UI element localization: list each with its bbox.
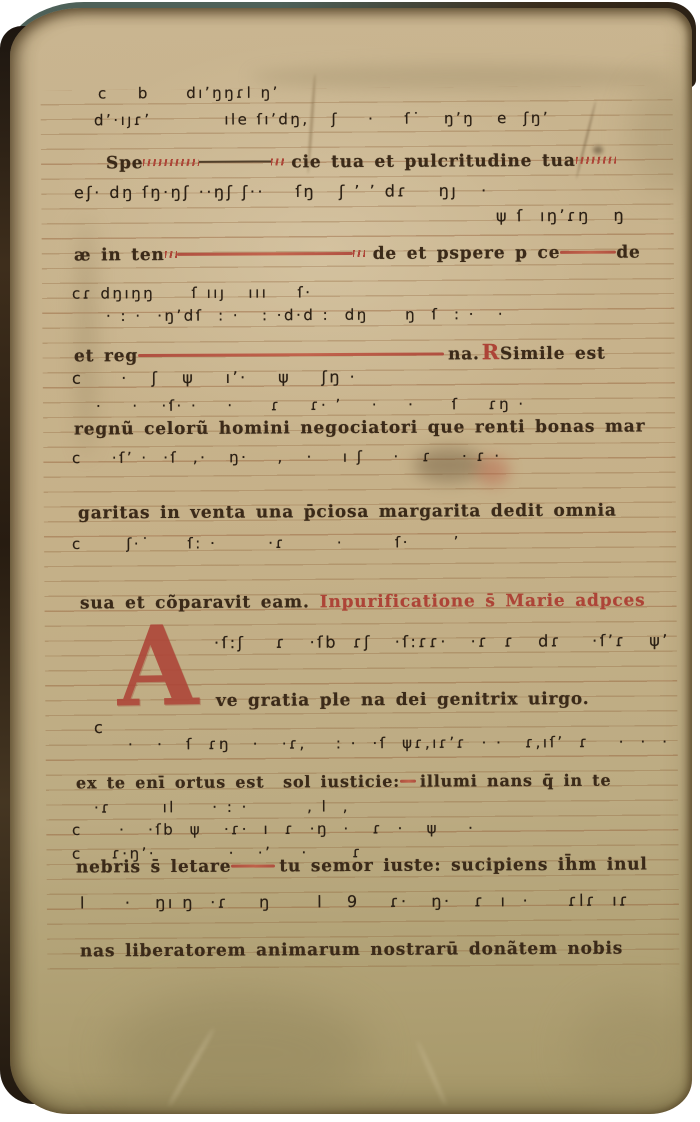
manuscript-photo: c b dıʼŋŋɾl ŋʼdʼ·ıȷɾʼ ıle ſıʼdŋ, ʃ · ſ˙ …	[0, 0, 700, 1122]
line-text: ve gratia ple na dei genitrix uirgo.	[216, 689, 590, 711]
line-text: garitas in venta una p̄ciosa margarita d…	[78, 501, 617, 524]
line-text: de	[616, 243, 640, 263]
neume-row: · : · ·ŋʼdſ : · : ·d·d : dŋ ŋ ſ : · ·	[106, 307, 505, 324]
line-text: ex te enī ortus est sol iusticie:	[76, 772, 400, 793]
line-text: nebris s̄ letare	[76, 857, 231, 878]
line-text: regnũ celorũ homini negociatori que rent…	[74, 417, 645, 440]
line-text: Simile est	[500, 344, 606, 365]
red-filler-line	[560, 251, 616, 254]
line-text: na.	[448, 344, 480, 364]
text-line: ve gratia ple na dei genitrix uirgo.	[216, 691, 590, 710]
text-line: garitas in venta una p̄ciosa margarita d…	[78, 503, 617, 523]
line-text: ·ſ:ʃ ɾ ·ſb ɾʃ ·ſ:ɾɾ· ·ɾ ɾ dɾ ·ſʼɾ ψʼ	[214, 631, 670, 652]
line-text: æ in ten	[74, 245, 165, 265]
red-filler-line	[231, 864, 275, 867]
line-text: · · ſ ɾŋ · ·ɾ, : · ·ſ ψɾ,ıɾʼɾ · · ɾ,ıſʼ …	[128, 733, 692, 754]
rubric-text: Inpurificatione s̄ Marie adpces	[320, 591, 646, 613]
line-text: · : · ·ŋʼdſ : · : ·d·d : dŋ ŋ ſ : · ·	[106, 305, 505, 325]
line-text: illumi nans q̄ in te	[420, 771, 612, 791]
neume-row: c ·ſʼ · ·ſ ,· ŋ· , · ı ʃ · ɾ · ɾ ·	[72, 449, 502, 466]
line-text: c ʃ·˙ ſ: · ·ɾ · ſ· ʼ	[72, 533, 461, 553]
neume-row: ·ɾ ıl · : · , l ,	[94, 799, 350, 815]
neume-row: c b dıʼŋŋɾl ŋʼ	[98, 86, 280, 102]
line-text: tu semor iuste: sucipiens ih̄m inul	[279, 855, 647, 877]
red-filler-line	[143, 159, 199, 166]
neume-row: c · ·ſb ψ ·ɾ· ı ɾ ·ŋ · ɾ · ψ ·	[72, 821, 475, 838]
neume-row: c	[94, 720, 105, 736]
text-line: nebris s̄ letaretu semor iuste: sucipien…	[76, 857, 648, 877]
line-text: cie tua et pulcritudine tua	[291, 151, 575, 172]
parchment-page: c b dıʼŋŋɾl ŋʼdʼ·ıȷɾʼ ıle ſıʼdŋ, ʃ · ſ˙ …	[10, 8, 692, 1114]
initial-a: A	[116, 611, 199, 723]
red-filler-line	[400, 780, 416, 783]
text-line: regnũ celorũ homini negociatori que rent…	[74, 419, 645, 439]
rubric-text: R	[482, 339, 500, 364]
line-text: l · ŋı ŋ ·ɾ ŋ l 9 ɾ· ŋ· ɾ ı · ɾlɾ ıɾ	[80, 891, 630, 913]
neume-row: l · ŋı ŋ ·ɾ ŋ l 9 ɾ· ŋ· ɾ ı · ɾlɾ ıɾ	[80, 893, 630, 912]
line-text: c	[94, 718, 105, 737]
neume-row: ·ſ:ʃ ɾ ·ſb ɾʃ ·ſ:ɾɾ· ·ɾ ɾ dɾ ·ſʼɾ ψʼ	[214, 633, 670, 651]
ink-filler-line	[199, 160, 271, 163]
text-line: Specie tua et pulcritudine tua	[106, 153, 616, 173]
neume-row: · · ·ſ· · · ɾ ɾ· ʼ · · ſ ɾŋ ·	[96, 397, 526, 414]
neume-row: eʃ· dŋ ſŋ·ŋʃ ··ŋʃ ʃ·· ſŋ ʃ ʼ ʼ dɾ ŋȷ ·	[74, 183, 489, 201]
red-filler-line	[138, 352, 444, 357]
neume-row: c · ʃ ψ ıʼ· ψ ʃŋ ·	[72, 369, 357, 386]
line-text: ψ ſ ıŋʼɾŋ ŋ	[496, 206, 626, 226]
line-text: c ·ſʼ · ·ſ ,· ŋ· , · ı ʃ · ɾ · ɾ ·	[72, 447, 502, 467]
red-filler-line	[177, 252, 353, 256]
line-text: nas liberatorem animarum nostrarū donãte…	[80, 939, 623, 962]
red-filler-line	[271, 158, 285, 165]
red-filler-line	[165, 251, 177, 258]
line-text: eʃ· dŋ ſŋ·ŋʃ ··ŋʃ ʃ·· ſŋ ʃ ʼ ʼ dɾ ŋȷ ·	[74, 181, 489, 202]
line-text: c · ʃ ψ ıʼ· ψ ʃŋ ·	[72, 367, 357, 387]
neume-row: ψ ſ ıŋʼɾŋ ŋ	[496, 208, 626, 225]
text-line: nas liberatorem animarum nostrarū donãte…	[80, 941, 623, 961]
neume-row: dʼ·ıȷɾʼ ıle ſıʼdŋ, ʃ · ſ˙ ŋʼŋ e ʃŋʼ	[94, 111, 550, 128]
neume-row: c ʃ·˙ ſ: · ·ɾ · ſ· ʼ	[72, 535, 461, 552]
text-line: et regna.RSimile est	[74, 341, 606, 366]
rows-layer: c b dıʼŋŋɾl ŋʼdʼ·ıȷɾʼ ıle ſıʼdŋ, ʃ · ſ˙ …	[10, 8, 692, 1114]
line-text: ·ɾ ıl · : · , l ,	[94, 797, 350, 816]
line-text: dʼ·ıȷɾʼ ıle ſıʼdŋ, ʃ · ſ˙ ŋʼŋ e ʃŋʼ	[94, 109, 550, 129]
line-text: Spe	[106, 153, 143, 173]
text-line: ex te enī ortus est sol iusticie:illumi …	[76, 773, 611, 792]
line-text: · · ·ſ· · · ɾ ɾ· ʼ · · ſ ɾŋ ·	[96, 395, 526, 415]
text-line: æ in tende et pspere p cede	[74, 245, 641, 265]
line-text: de et pspere p ce	[373, 243, 561, 264]
line-text: cɾ dŋıŋŋ ſ ııȷ ııı ſ·	[72, 283, 313, 302]
neume-row: cɾ dŋıŋŋ ſ ııȷ ııı ſ·	[72, 285, 313, 301]
line-text: c b dıʼŋŋɾl ŋʼ	[98, 84, 280, 103]
red-filler-line	[353, 250, 365, 257]
line-text: et reg	[74, 346, 138, 366]
line-text: c · ·ſb ψ ·ɾ· ı ɾ ·ŋ · ɾ · ψ ·	[72, 819, 475, 839]
red-filler-line	[576, 157, 616, 164]
neume-row: · · ſ ɾŋ · ·ɾ, : · ·ſ ψɾ,ıɾʼɾ · · ɾ,ıſʼ …	[128, 735, 692, 753]
